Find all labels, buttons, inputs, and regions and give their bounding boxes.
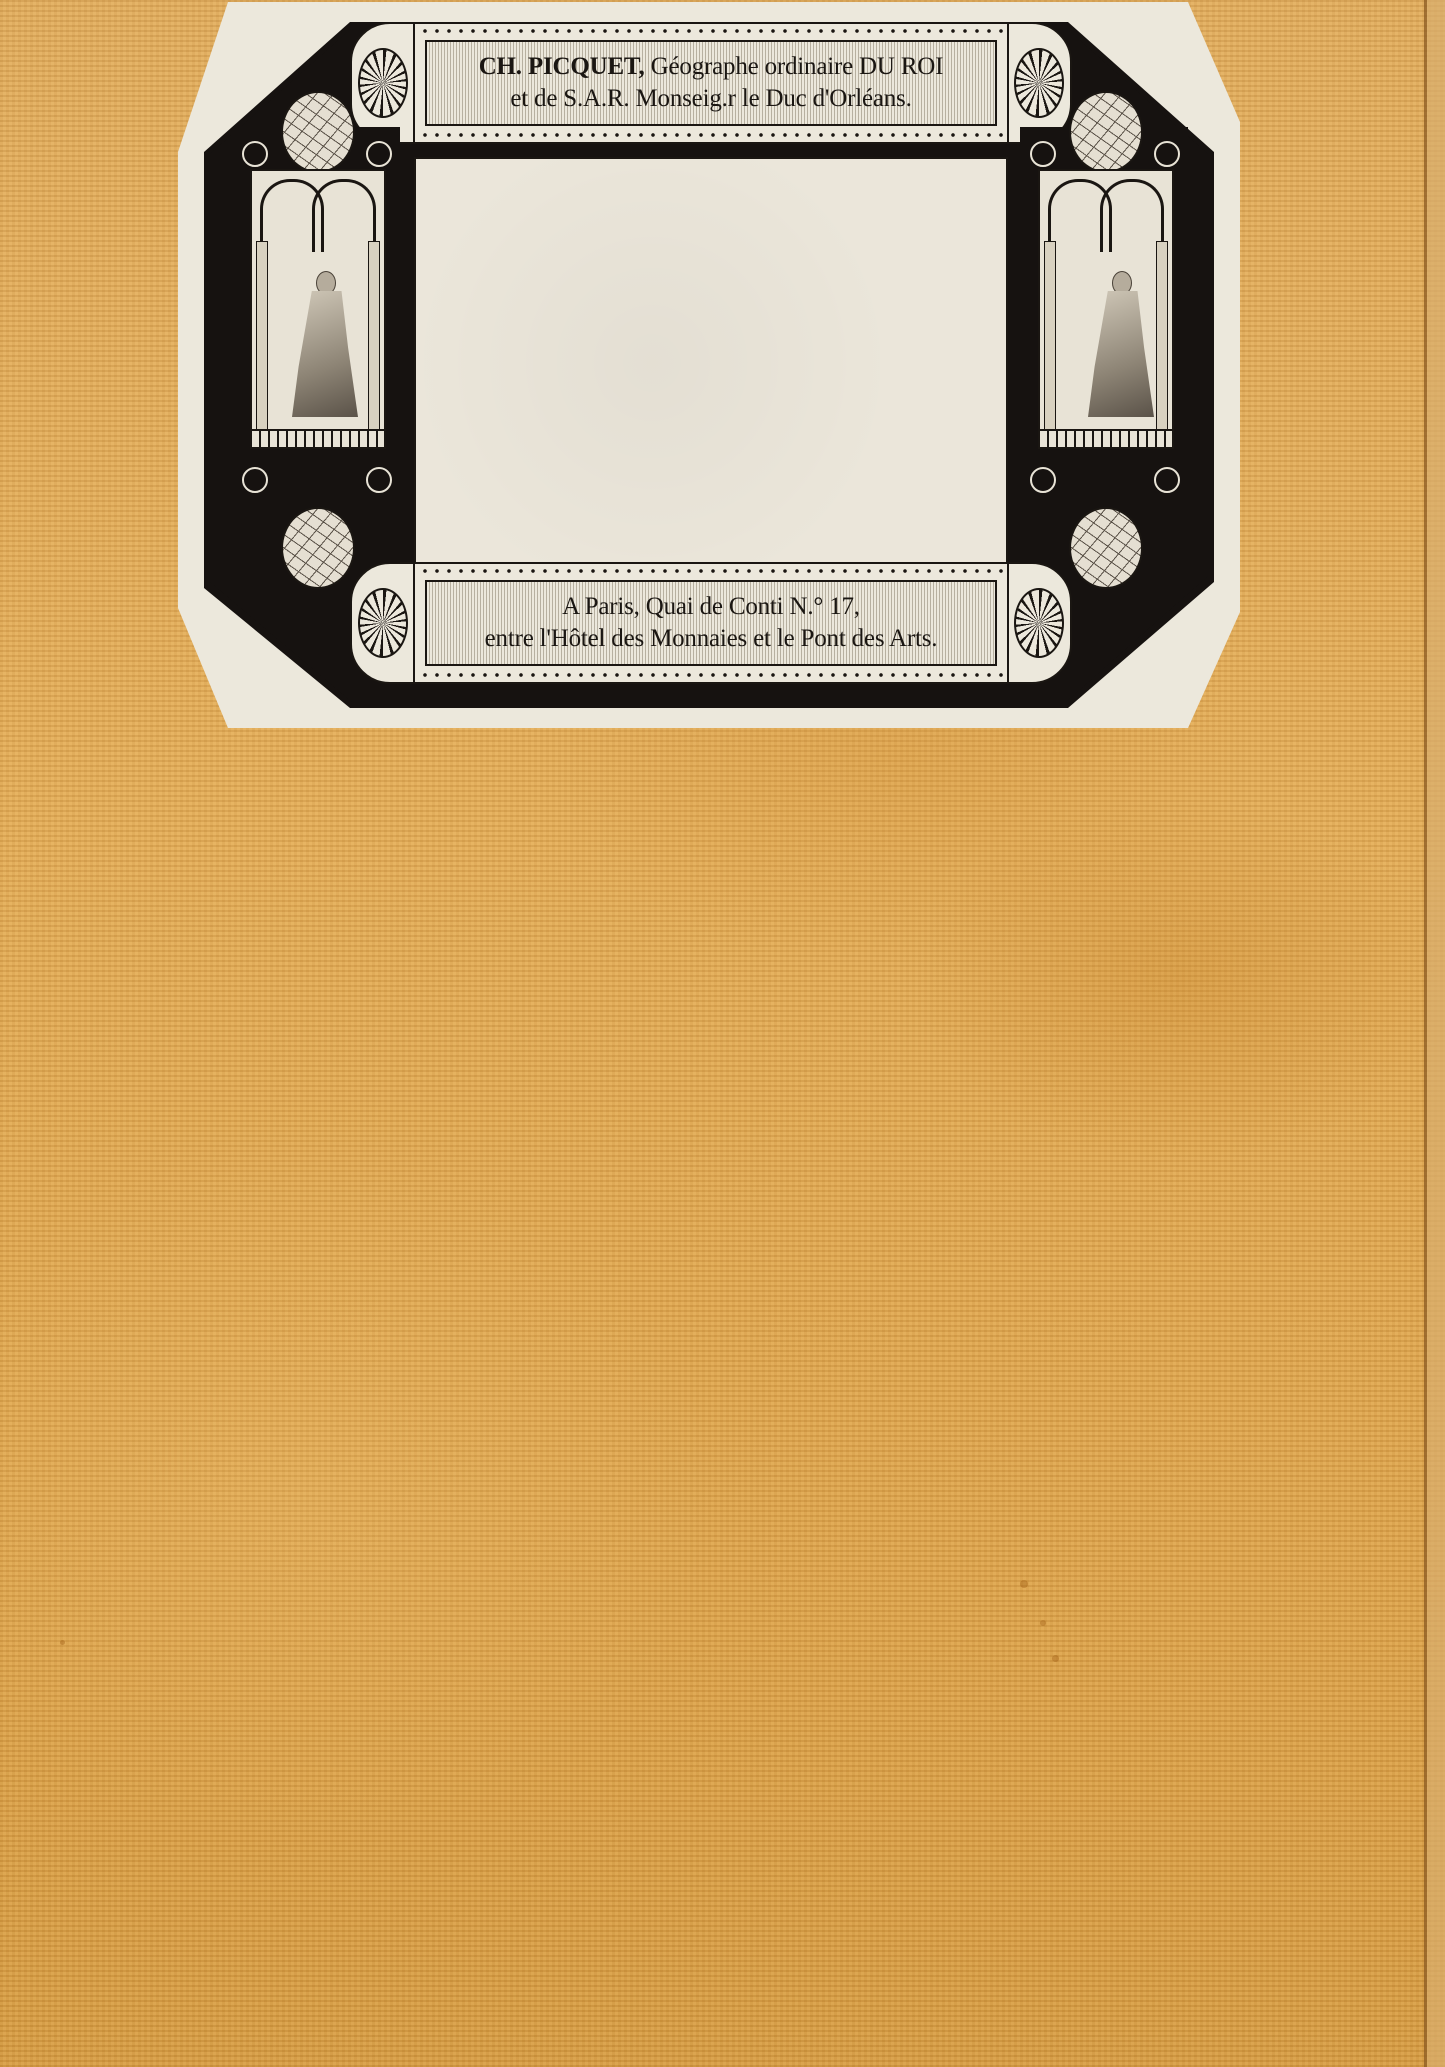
- globe-icon: [281, 91, 355, 173]
- dot-border: [419, 566, 1003, 576]
- flower-ornament: [242, 141, 268, 167]
- flower-ornament: [366, 467, 392, 493]
- flower-ornament: [1154, 467, 1180, 493]
- seated-figure-scroll: [274, 271, 364, 421]
- blank-title-panel: [414, 157, 1008, 569]
- rosette-ornament: [1006, 562, 1072, 684]
- stain: [60, 1640, 65, 1645]
- arch-vault: [312, 179, 376, 252]
- rosette-ornament: [350, 562, 416, 684]
- pedestal: [250, 429, 386, 449]
- gothic-arch: [1038, 169, 1174, 435]
- address-line-2: entre l'Hôtel des Monnaies et le Pont de…: [485, 624, 938, 654]
- publisher-name-line: CH. PICQUET, Géographe ordinaire DU ROI: [479, 52, 944, 82]
- figure-body: [1088, 291, 1154, 417]
- top-banner: CH. PICQUET, Géographe ordinaire DU ROI …: [413, 22, 1009, 144]
- stain: [1052, 1655, 1059, 1662]
- dot-border: [419, 130, 1003, 140]
- globe-icon: [1069, 507, 1143, 589]
- bottom-banner-text: A Paris, Quai de Conti N.° 17, entre l'H…: [425, 580, 997, 666]
- publisher-label: CH. PICQUET, Géographe ordinaire DU ROI …: [178, 2, 1240, 728]
- dot-border: [419, 670, 1003, 680]
- flower-ornament: [366, 141, 392, 167]
- bottom-banner: A Paris, Quai de Conti N.° 17, entre l'H…: [413, 562, 1009, 684]
- rosette-ornament: [350, 22, 416, 144]
- right-side-panel: [1020, 127, 1188, 563]
- publisher-title: Géographe ordinaire DU ROI: [645, 53, 944, 80]
- figure-body: [292, 291, 358, 417]
- pedestal: [1038, 429, 1174, 449]
- top-banner-text: CH. PICQUET, Géographe ordinaire DU ROI …: [425, 40, 997, 126]
- arch-vault: [1100, 179, 1164, 252]
- flower-ornament: [1154, 141, 1180, 167]
- gothic-arch: [250, 169, 386, 435]
- dot-border: [419, 26, 1003, 36]
- address-line-1: A Paris, Quai de Conti N.° 17,: [562, 592, 860, 622]
- column: [368, 241, 380, 433]
- publisher-patron-line: et de S.A.R. Monseig.r le Duc d'Orléans.: [510, 84, 911, 114]
- flower-ornament: [242, 467, 268, 493]
- seated-figure-globe: [1070, 271, 1160, 421]
- globe-icon: [1069, 91, 1143, 173]
- column: [1044, 241, 1056, 433]
- flower-ornament: [1030, 467, 1056, 493]
- publisher-name: CH. PICQUET,: [479, 53, 645, 80]
- column: [256, 241, 268, 433]
- rosette-ornament: [1006, 22, 1072, 144]
- stain: [1040, 1620, 1046, 1626]
- left-side-panel: [232, 127, 400, 563]
- flower-ornament: [1030, 141, 1056, 167]
- stain: [1020, 1580, 1028, 1588]
- spine-strip: [1427, 0, 1445, 2067]
- globe-icon: [281, 507, 355, 589]
- book-cover: CH. PICQUET, Géographe ordinaire DU ROI …: [0, 0, 1445, 2067]
